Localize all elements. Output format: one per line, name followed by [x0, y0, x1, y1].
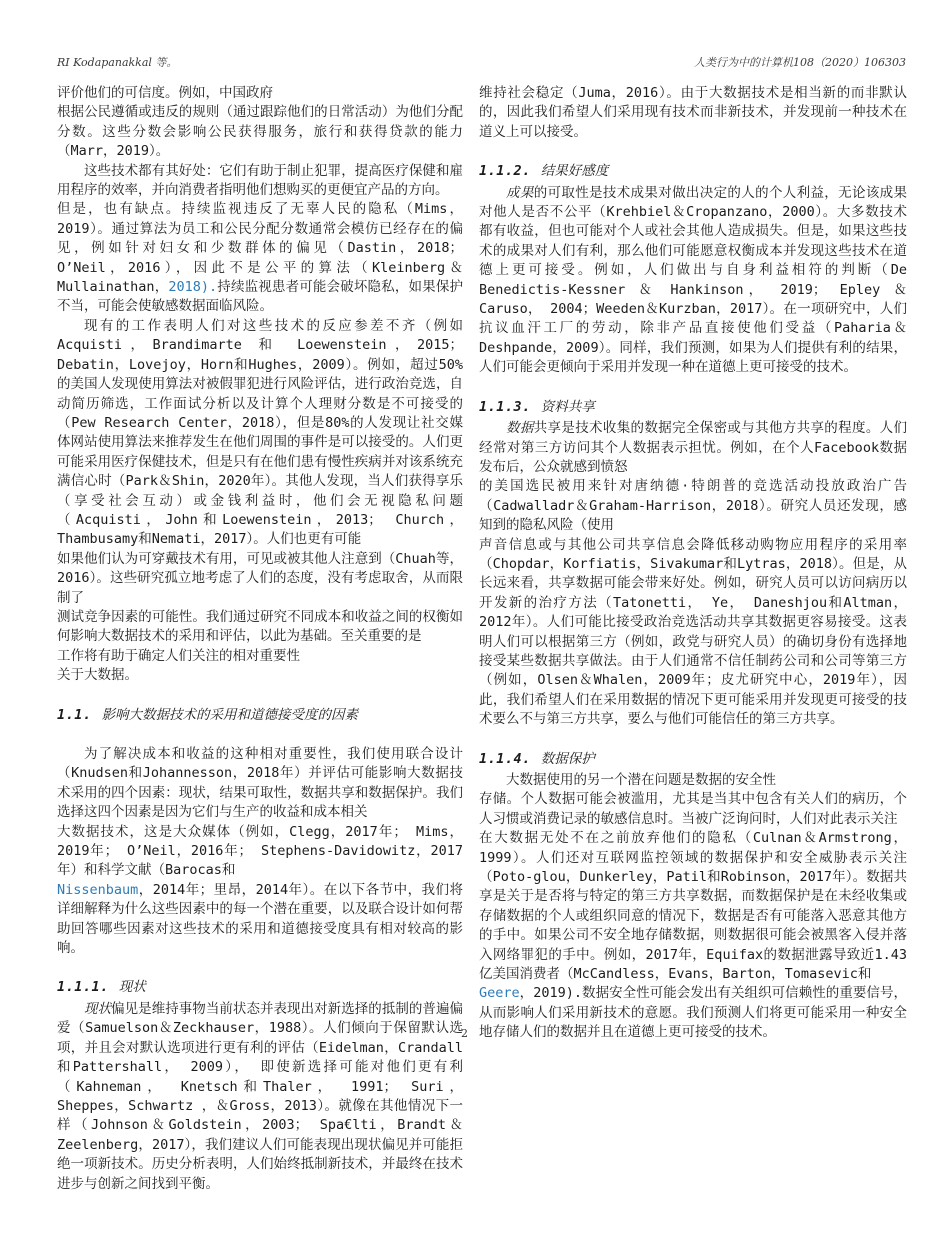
- emphasis-text: 现状: [84, 1001, 111, 1017]
- paragraph: 的美国选民被用来针对唐纳德·特朗普的竞选活动投放政治广告（Cadwalladr＆…: [479, 477, 907, 535]
- section-title: 影响大数据技术的采用和道德接受度的因素: [102, 707, 359, 723]
- section-title: 资料共享: [541, 399, 595, 415]
- paragraph: 评价他们的可信度。例如，中国政府: [57, 84, 463, 103]
- paragraph: 成果的可取性是技术成果对做出决定的人的个人利益，无论该成果对他人是否不公平（Kr…: [479, 184, 907, 378]
- paragraph: 维持社会稳定（Juma，2016）。由于大数据技术是相当新的而非默认的，因此我们…: [479, 84, 907, 142]
- paragraph: 为了解决成本和收益的这种相对重要性，我们使用联合设计（Knudsen和Johan…: [57, 745, 463, 823]
- citation-link[interactable]: Nissenbaum: [57, 882, 138, 898]
- citation-link[interactable]: 2018).: [168, 279, 217, 295]
- paragraph: 工作将有助于确定人们关注的相对重要性: [57, 647, 463, 666]
- paragraph: Geere，2019).数据安全性可能会发出有关组织可信赖性的重要信号，从而影响…: [479, 984, 907, 1042]
- paragraph: 声音信息或与其他公司共享信息会降低移动购物应用程序的采用率（Chopdar，Ko…: [479, 536, 907, 730]
- emphasis-text: 成果: [506, 185, 534, 201]
- section-heading: 1.1.3.资料共享: [479, 398, 907, 417]
- paragraph: Nissenbaum，2014年；里昂，2014年）。在以下各节中，我们将详细解…: [57, 881, 463, 959]
- section-heading: 1.1.4.数据保护: [479, 750, 907, 769]
- section-number: 1.1.2.: [479, 163, 531, 179]
- section-heading: 1.1.影响大数据技术的采用和道德接受度的因素: [57, 706, 463, 725]
- section-title: 数据保护: [541, 751, 595, 767]
- section-number: 1.1.1.: [57, 979, 109, 995]
- paper-page: RI Kodapanakkal 等。 人类行为中的计算机108（2020）106…: [0, 0, 926, 1235]
- paragraph: 测试竞争因素的可能性。我们通过研究不同成本和收益之间的权衡如何影响大数据技术的采…: [57, 608, 463, 647]
- paragraph: 关于大数据。: [57, 666, 463, 685]
- paragraph: 现有的工作表明人们对这些技术的反应参差不齐（例如 Acquisti，Brandi…: [57, 317, 463, 550]
- paragraph: 数据共享是技术收集的数据完全保密或与其他方共享的程度。人们经常对第三方访问其个人…: [479, 419, 907, 477]
- running-head: RI Kodapanakkal 等。 人类行为中的计算机108（2020）106…: [57, 54, 906, 70]
- paragraph: 如果他们认为可穿戴技术有用，可见或被其他人注意到（Chuah等，2016）。这些…: [57, 550, 463, 608]
- emphasis-text: 数据: [506, 420, 534, 436]
- section-title: 结果好感度: [541, 163, 609, 179]
- paragraph: 现状偏见是维持事物当前状态并表现出对新选择的抵制的普遍偏爱（Samuelson＆…: [57, 1000, 463, 1194]
- paragraph: 这些技术都有其好处：它们有助于制止犯罪，提高医疗保健和雇用程序的效率，并向消费者…: [57, 162, 463, 201]
- paragraph: 存储。个人数据可能会被滥用，尤其是当其中包含有关人们的病历，个人习惯或消费记录的…: [479, 790, 907, 829]
- left-column: 评价他们的可信度。例如，中国政府根据公民遵循或违反的规则（通过跟踪他们的日常活动…: [57, 84, 463, 1194]
- paragraph: 但是，也有缺点。持续监视违反了无辜人民的隐私（Mims，2019）。通过算法为员…: [57, 200, 463, 316]
- paragraph: 大数据使用的另一个潜在问题是数据的安全性: [479, 771, 907, 790]
- citation-link[interactable]: Geere: [479, 985, 520, 1001]
- right-column: 维持社会稳定（Juma，2016）。由于大数据技术是相当新的而非默认的，因此我们…: [479, 84, 907, 1043]
- running-head-journal: 人类行为中的计算机108（2020）106303: [694, 54, 906, 70]
- section-number: 1.1.: [57, 707, 92, 723]
- paragraph: 根据公民遵循或违反的规则（通过跟踪他们的日常活动）为他们分配分数。这些分数会影响…: [57, 103, 463, 161]
- paragraph: 在大数据无处不在之前放弃他们的隐私（Culnan＆Armstrong，1999）…: [479, 829, 907, 984]
- page-number: 2: [461, 1027, 468, 1040]
- section-heading: 1.1.1.现状: [57, 978, 463, 997]
- section-heading: 1.1.2.结果好感度: [479, 162, 907, 181]
- paragraph: 大数据技术，这是大众媒体（例如，Clegg，2017年； Mims，2019年；…: [57, 823, 463, 881]
- section-number: 1.1.3.: [479, 399, 531, 415]
- section-title: 现状: [119, 979, 146, 995]
- section-number: 1.1.4.: [479, 751, 531, 767]
- running-head-authors: RI Kodapanakkal 等。: [57, 54, 177, 70]
